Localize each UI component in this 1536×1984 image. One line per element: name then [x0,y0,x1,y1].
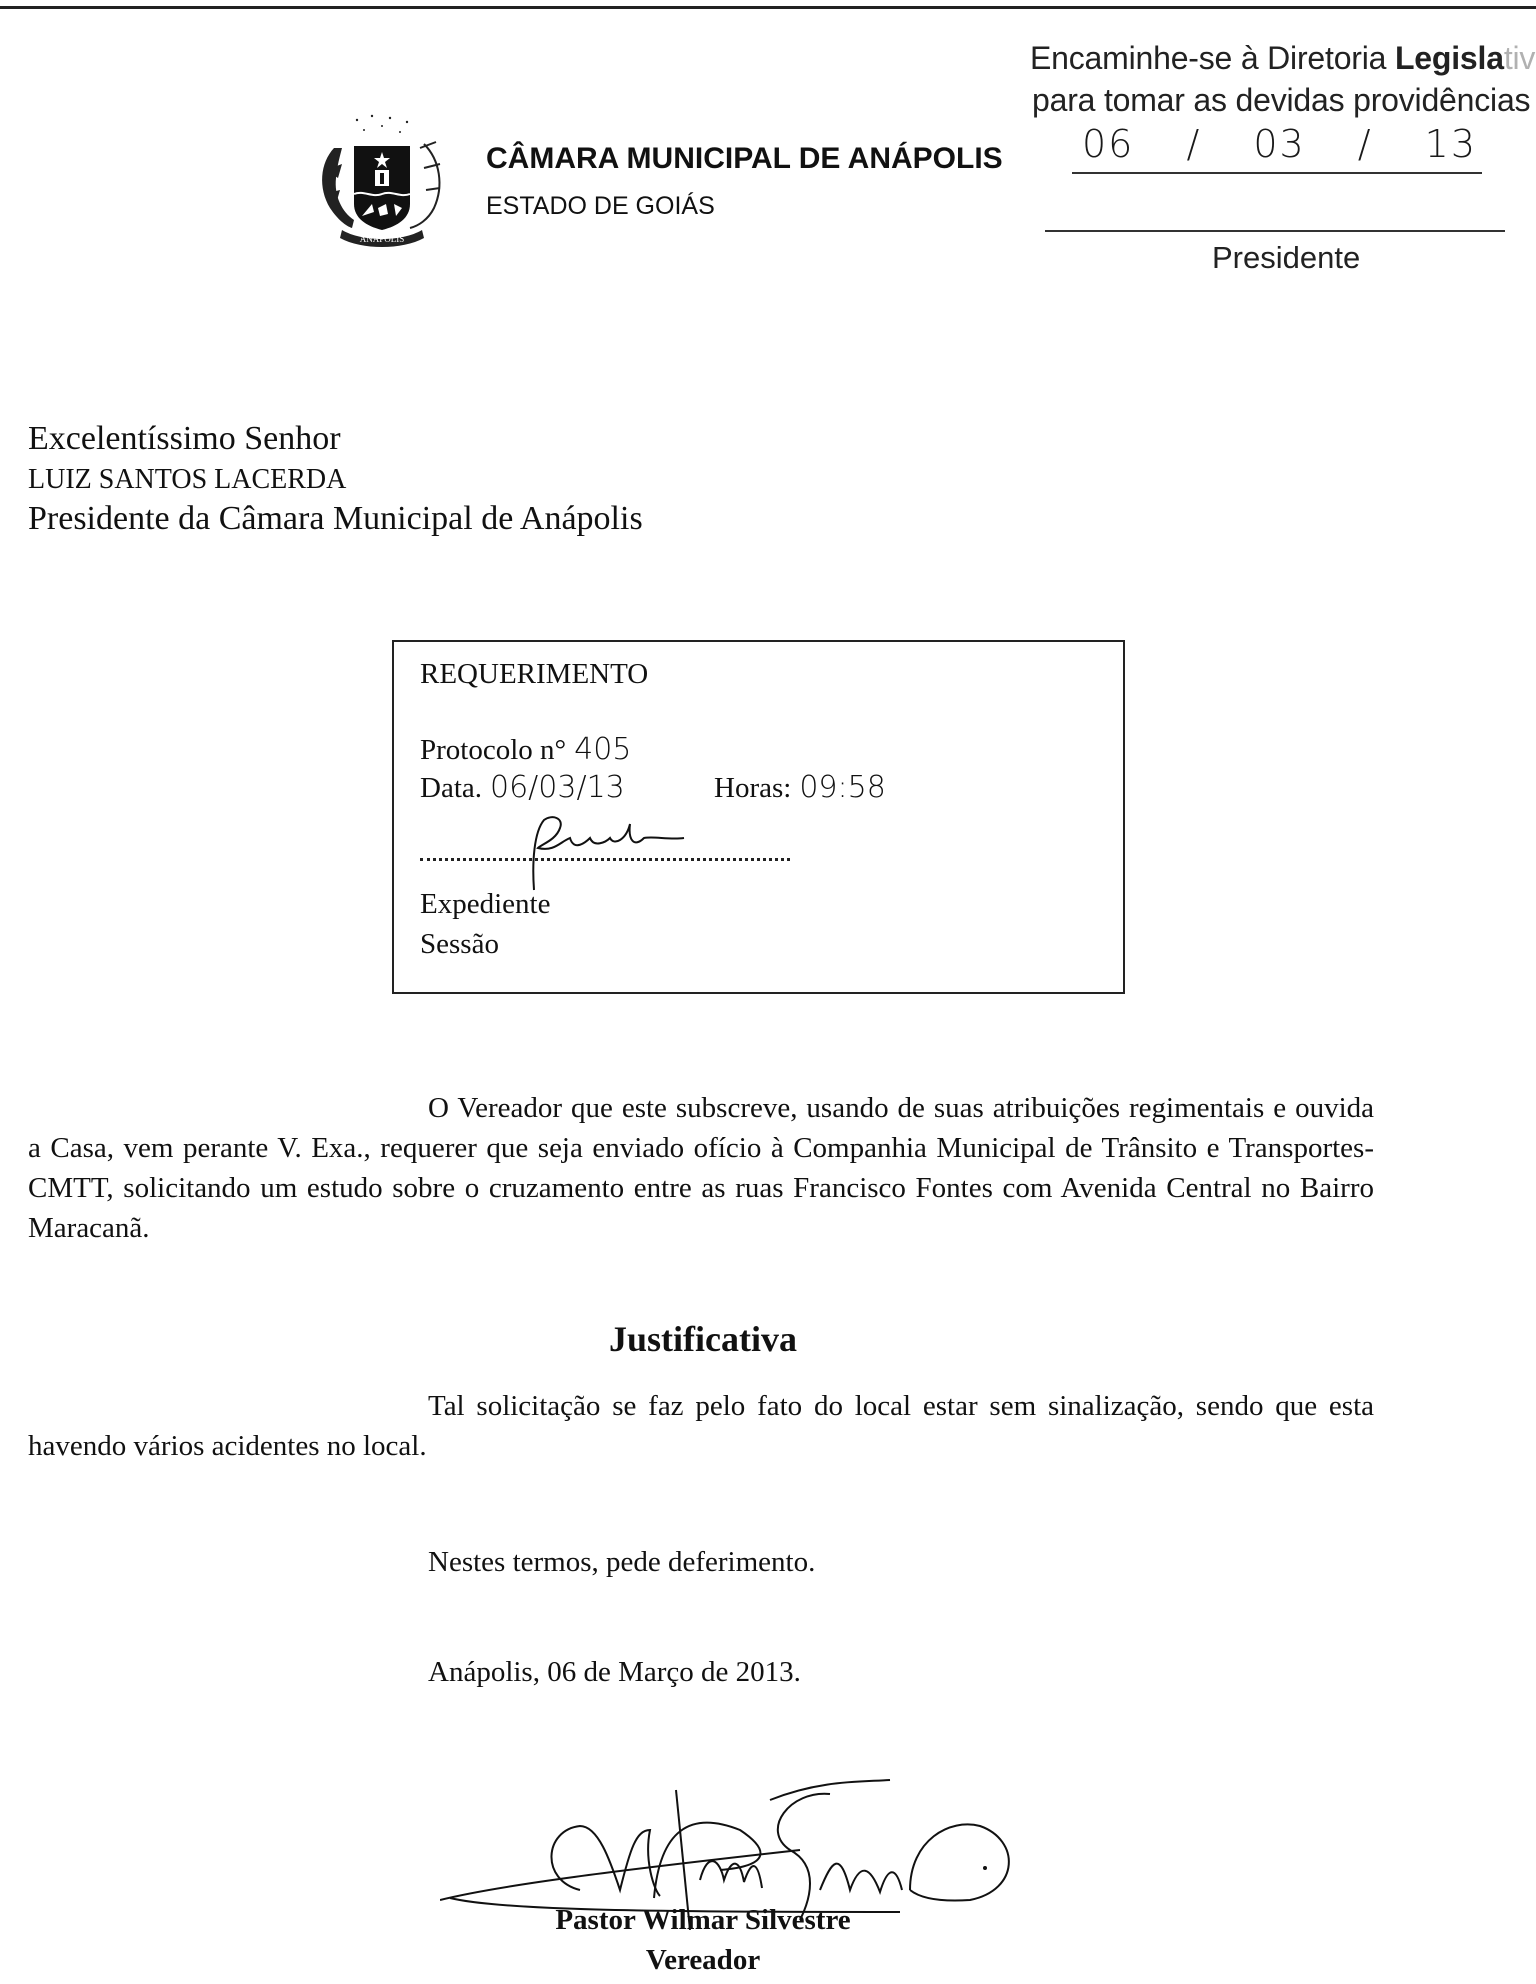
option-expediente: Expediente [420,888,550,921]
protocol-box-title: REQUERIMENTO [420,658,648,691]
signer-role: Vereador [0,1944,1346,1977]
signer-name: Pastor Wilmar Silvestre [0,1904,1346,1937]
addressee-name: LUIZ SANTOS LACERDA [28,464,346,496]
protocol-date-field: Data.06/03/13 [420,770,625,805]
receiver-rubric [494,812,724,892]
protocol-time-field: Horas:09:58 [714,770,886,805]
protocol-number-field: Protocolo n°405 [420,732,631,767]
addressee-salutation: Excelentíssimo Senhor [28,420,341,458]
request-paragraph: O Vereador que este subscreve, usando de… [28,1088,1374,1248]
protocol-time-value: 09:58 [799,770,885,805]
justification-paragraph: Tal solicitação se faz pelo fato do loca… [28,1386,1374,1466]
place-and-date: Anápolis, 06 de Março de 2013. [428,1656,801,1689]
dispatch-date-line [1072,172,1482,174]
top-border-rule [0,6,1536,9]
protocol-date-value: 06/03/13 [490,770,625,805]
dispatch-signature-label: Presidente [1212,240,1360,276]
justification-heading: Justificativa [0,1318,1406,1360]
coat-of-arms-icon: ANÁPOLIS [312,108,452,258]
org-subtitle: ESTADO DE GOIÁS [486,192,715,221]
svg-text:ANÁPOLIS: ANÁPOLIS [360,234,405,244]
dispatch-date: 06 / 03 / 13 [1082,122,1477,166]
org-title: CÂMARA MUNICIPAL DE ANÁPOLIS [486,142,1003,176]
addressee-position: Presidente da Câmara Municipal de Anápol… [28,500,643,538]
closing-formula: Nestes termos, pede deferimento. [428,1546,815,1579]
protocol-number-value: 405 [574,732,631,767]
dispatch-signature-line [1045,230,1505,232]
protocol-box: REQUERIMENTO Protocolo n°405 Data.06/03/… [392,640,1125,994]
dispatch-stamp-line1: Encaminhe-se à Diretoria Legislativa [1030,38,1536,78]
option-sessao: Sessão [420,928,499,961]
dispatch-stamp-line2: para tomar as devidas providências [1032,80,1530,120]
